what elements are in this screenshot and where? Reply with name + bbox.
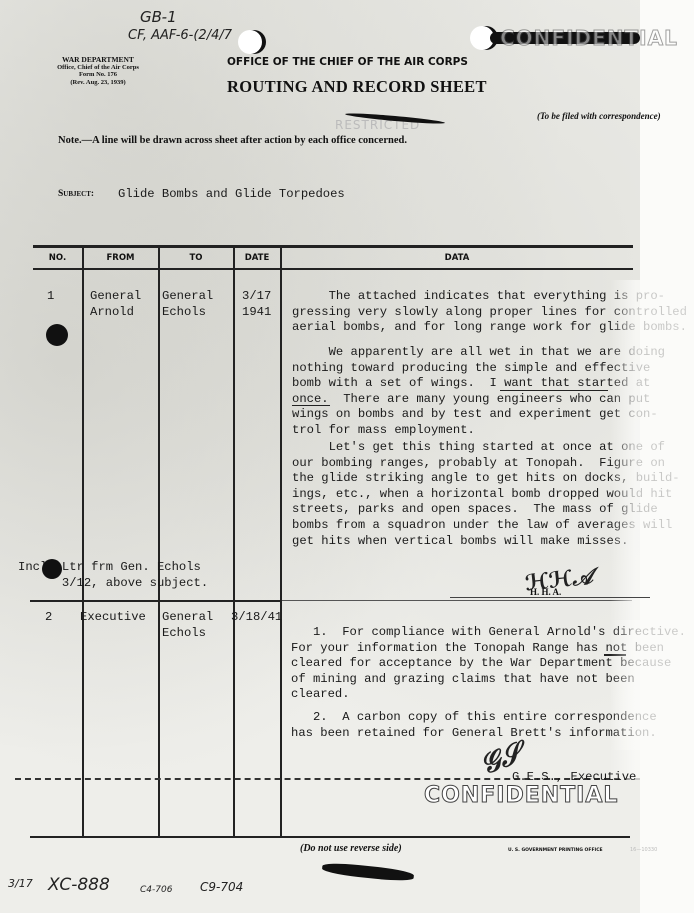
signature-line xyxy=(450,597,650,598)
col-header-no: NO. xyxy=(33,253,82,263)
subject-value: Glide Bombs and Glide Torpedoes xyxy=(118,187,345,203)
office-header: OFFICE OF THE CHIEF OF THE AIR CORPS xyxy=(227,56,468,68)
col-divider xyxy=(82,246,84,836)
row-1-date: 3/171941 xyxy=(242,289,271,320)
col-divider xyxy=(158,246,160,836)
row-1-no: 1 xyxy=(47,289,54,305)
col-header-to: TO xyxy=(159,253,233,263)
table-bottom-rule xyxy=(30,836,630,838)
row-1-to: GeneralEchols xyxy=(162,289,213,320)
handwritten-code: C4-706 xyxy=(140,885,172,895)
form-number: Form No. 176 xyxy=(28,71,168,79)
subject-label: Subject: xyxy=(58,189,94,199)
col-header-from: FROM xyxy=(83,253,158,263)
reverse-side-note: (Do not use reverse side) xyxy=(300,843,402,854)
table-top-rule xyxy=(33,245,633,248)
row-1-from: GeneralArnold xyxy=(90,289,141,320)
row-separator xyxy=(282,600,632,601)
form-revision: (Rev. Aug. 23, 1939) xyxy=(28,79,168,87)
handwritten-index: XC-888 xyxy=(48,875,110,895)
col-header-data: DATA xyxy=(282,253,632,263)
table-header-rule xyxy=(33,268,633,270)
row-2-no: 2 xyxy=(45,610,52,626)
row-2-to: GeneralEchols xyxy=(162,610,213,641)
row-separator xyxy=(30,600,282,602)
handwritten-file-code: GB-1 xyxy=(140,8,177,26)
form-office: Office, Chief of the Air Corps xyxy=(28,64,168,72)
row-2-from: Executive xyxy=(80,610,146,626)
row-1-signature: H. H. A. xyxy=(530,587,561,597)
handwritten-reference: CF, AAF-6-(2/4/7 xyxy=(128,28,232,43)
handwritten-date: 3/17 xyxy=(8,877,33,890)
routing-note: Note.—A line will be drawn across sheet … xyxy=(58,135,407,146)
row-2-date: 3/18/41 xyxy=(231,610,282,626)
col-header-date: DATE xyxy=(234,253,280,263)
confidential-stamp: CONFIDENTIAL xyxy=(424,783,618,808)
filing-note: (To be filed with correspondence) xyxy=(537,111,661,121)
row-2-data-p2: 2. A carbon copy of this entire correspo… xyxy=(291,710,657,741)
scan-edge-fade xyxy=(610,620,694,750)
form-title: ROUTING AND RECORD SHEET xyxy=(227,77,487,97)
printer-imprint: U. S. GOVERNMENT PRINTING OFFICE xyxy=(508,848,603,853)
underline-mark xyxy=(292,405,330,406)
punch-hole-dark xyxy=(46,324,68,346)
col-divider xyxy=(280,246,282,836)
form-identifier: WAR DEPARTMENT Office, Chief of the Air … xyxy=(28,56,168,86)
col-divider xyxy=(233,246,235,836)
form-dept: WAR DEPARTMENT xyxy=(28,56,168,64)
underline-mark xyxy=(500,390,608,391)
print-code: 16—10330 xyxy=(630,847,657,853)
punch-hole-dark xyxy=(42,559,62,579)
confidential-stamp-top: CONFIDENTIAL xyxy=(500,26,678,50)
punch-hole xyxy=(238,30,262,54)
handwritten-code: C9-704 xyxy=(200,880,243,894)
